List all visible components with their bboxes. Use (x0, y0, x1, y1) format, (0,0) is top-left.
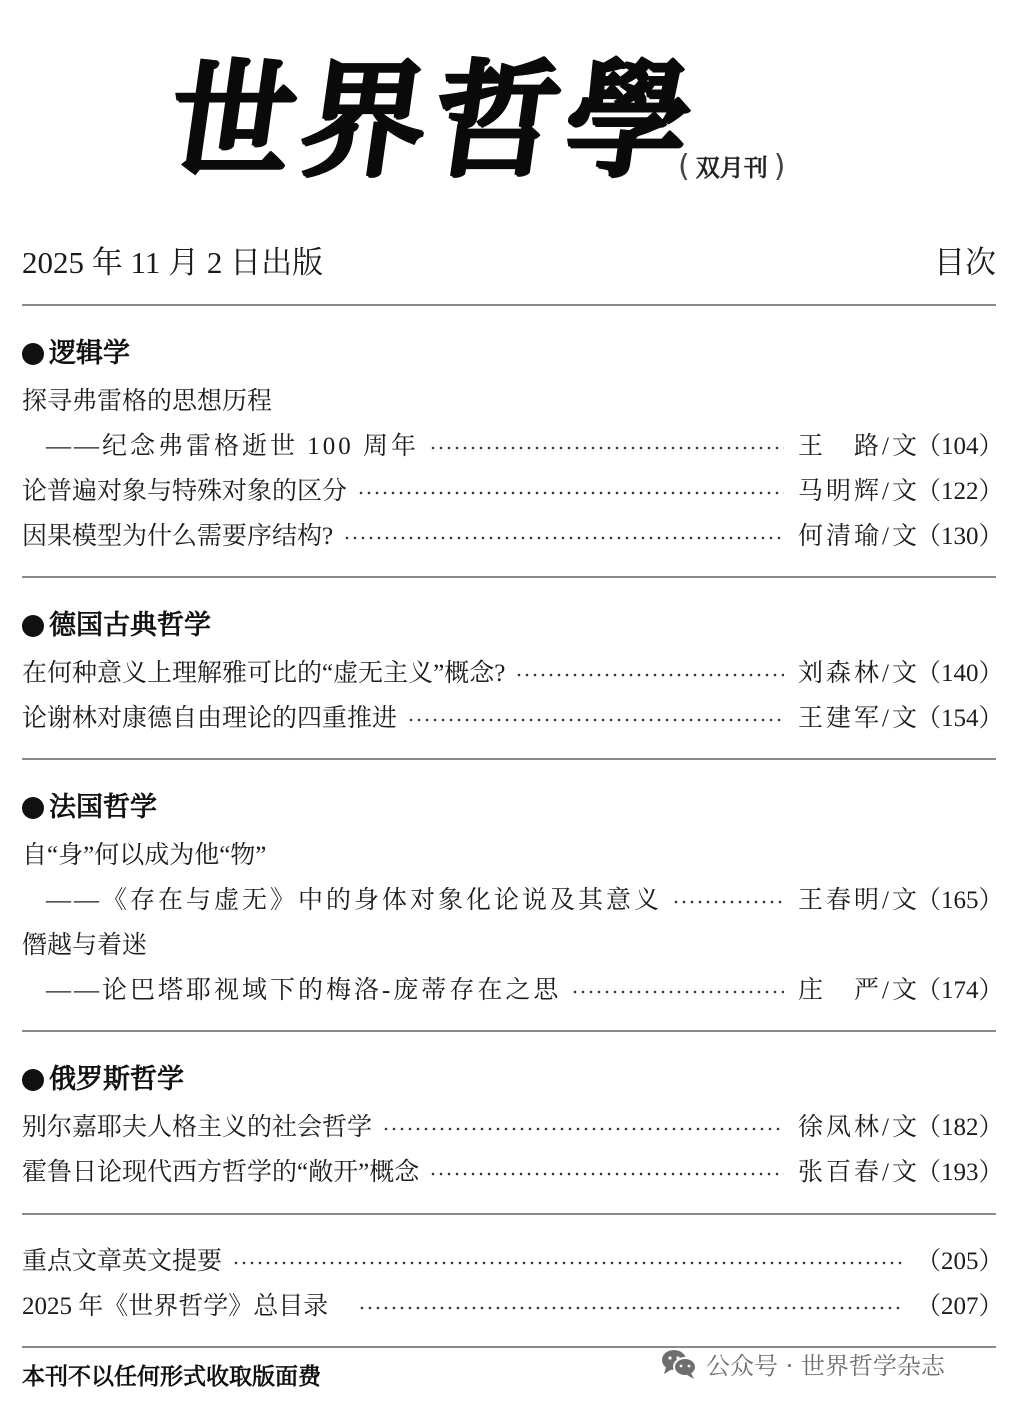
no-fee-notice: 本刊不以任何形式收取版面费 (22, 1358, 321, 1391)
masthead: 世界哲學 (双月刊) (160, 40, 880, 210)
entry-author: 王春明/文 (798, 880, 916, 916)
section-heading: 逻辑学 (22, 332, 996, 376)
entry-title: 别尔嘉耶夫人格主义的社会哲学 (22, 1107, 372, 1143)
dot-leader (232, 1261, 902, 1265)
watermark-text: 公众号 · 世界哲学杂志 (706, 1346, 945, 1381)
section-heading: 德国古典哲学 (22, 604, 996, 648)
contents-label: 目次 (934, 237, 996, 282)
entry-title: 2025 年《世界哲学》总目录 (22, 1286, 328, 1322)
entry-page: （104） (916, 426, 996, 462)
entry-author: 王建军/文 (798, 698, 916, 734)
entry-subtitle: ——《存在与虚无》中的身体对象化论说及其意义 (22, 880, 662, 916)
entry-page: （174） (916, 970, 996, 1006)
entry-page: （122） (916, 471, 996, 507)
entry-page: （154） (916, 698, 996, 734)
dot-leader (571, 990, 784, 994)
section-russian: 俄罗斯哲学 别尔嘉耶夫人格主义的社会哲学 徐凤林/文 （182） 霍鲁日论现代西… (22, 1058, 996, 1192)
section-heading: 法国哲学 (22, 786, 996, 830)
toc-entry[interactable]: 论普遍对象与特殊对象的区分 马明辉/文 （122） (22, 466, 996, 511)
entry-title: 探寻弗雷格的思想历程 (22, 381, 272, 417)
divider (22, 1030, 996, 1032)
section-heading-label: 俄罗斯哲学 (49, 1058, 184, 1102)
entry-title: 僭越与着迷 (22, 925, 147, 961)
paren-open: ( (672, 149, 696, 184)
toc-entry[interactable]: 因果模型为什么需要序结构? 何清瑜/文 （130） (22, 511, 996, 556)
entry-page: （207） (916, 1286, 996, 1322)
toc-entry[interactable]: 重点文章英文提要 （205） (22, 1236, 996, 1281)
bullet-icon (22, 1069, 44, 1091)
entry-page: （205） (916, 1241, 996, 1277)
paren-close: ) (768, 149, 792, 184)
divider (22, 576, 996, 578)
divider (22, 304, 996, 306)
entry-title: 在何种意义上理解雅可比的“虚无主义”概念? (22, 653, 505, 689)
entry-title: 因果模型为什么需要序结构? (22, 516, 333, 552)
entry-author: 王 路/文 (798, 426, 916, 462)
dot-leader (357, 491, 784, 495)
wechat-icon (660, 1348, 698, 1380)
entry-title: 论谢林对康德自由理论的四重推进 (22, 698, 397, 734)
entry-title: 自“身”何以成为他“物” (22, 835, 266, 871)
publication-row: 2025 年 11 月 2 日出版 目次 (22, 234, 996, 284)
entry-author: 马明辉/文 (798, 471, 916, 507)
dot-leader (382, 1127, 784, 1131)
section-german-classical: 德国古典哲学 在何种意义上理解雅可比的“虚无主义”概念? 刘森林/文 （140）… (22, 604, 996, 738)
bullet-icon (22, 615, 44, 637)
toc-entry-title[interactable]: 自“身”何以成为他“物” (22, 830, 996, 875)
publication-date: 2025 年 11 月 2 日出版 (22, 237, 323, 282)
entry-title: 论普遍对象与特殊对象的区分 (22, 471, 347, 507)
entry-author: 庄 严/文 (798, 970, 916, 1006)
toc-entry-title[interactable]: 僭越与着迷 (22, 920, 996, 965)
section-logic: 逻辑学 探寻弗雷格的思想历程 ——纪念弗雷格逝世 100 周年 王 路/文 （1… (22, 332, 996, 556)
section-appendix: 重点文章英文提要 （205） 2025 年《世界哲学》总目录 （207） (22, 1236, 996, 1326)
dot-leader (429, 1172, 784, 1176)
toc-entry[interactable]: 论谢林对康德自由理论的四重推进 王建军/文 （154） (22, 693, 996, 738)
entry-subtitle: ——论巴塔耶视域下的梅洛-庞蒂存在之思 (22, 970, 561, 1006)
toc-entry[interactable]: 霍鲁日论现代西方哲学的“敞开”概念 张百春/文 （193） (22, 1147, 996, 1192)
toc-entry[interactable]: ——论巴塔耶视域下的梅洛-庞蒂存在之思 庄 严/文 （174） (22, 965, 996, 1010)
section-heading-label: 法国哲学 (49, 786, 157, 830)
divider (22, 1213, 996, 1215)
entry-page: （130） (916, 516, 996, 552)
bullet-icon (22, 797, 44, 819)
toc-entry[interactable]: 在何种意义上理解雅可比的“虚无主义”概念? 刘森林/文 （140） (22, 648, 996, 693)
entry-author: 何清瑜/文 (798, 516, 916, 552)
toc-entry[interactable]: 2025 年《世界哲学》总目录 （207） (22, 1281, 996, 1326)
entry-author: 徐凤林/文 (798, 1107, 916, 1143)
dot-leader (515, 673, 784, 677)
entry-title: 重点文章英文提要 (22, 1241, 222, 1277)
wechat-watermark: 公众号 · 世界哲学杂志 (660, 1346, 945, 1381)
bullet-icon (22, 343, 44, 365)
divider (22, 758, 996, 760)
toc-entry[interactable]: ——纪念弗雷格逝世 100 周年 王 路/文 （104） (22, 421, 996, 466)
section-heading-label: 德国古典哲学 (49, 604, 211, 648)
entry-page: （193） (916, 1152, 996, 1188)
section-french: 法国哲学 自“身”何以成为他“物” ——《存在与虚无》中的身体对象化论说及其意义… (22, 786, 996, 1010)
entry-title: 霍鲁日论现代西方哲学的“敞开”概念 (22, 1152, 419, 1188)
section-heading: 俄罗斯哲学 (22, 1058, 996, 1102)
toc-entry[interactable]: 别尔嘉耶夫人格主义的社会哲学 徐凤林/文 （182） (22, 1102, 996, 1147)
frequency-label: 双月刊 (696, 154, 768, 182)
dot-leader (358, 1306, 902, 1310)
toc-entry[interactable]: ——《存在与虚无》中的身体对象化论说及其意义 王春明/文 （165） (22, 875, 996, 920)
journal-frequency: (双月刊) (672, 148, 791, 184)
dot-leader (343, 536, 784, 540)
section-heading-label: 逻辑学 (49, 332, 130, 376)
entry-page: （182） (916, 1107, 996, 1143)
entry-author: 张百春/文 (798, 1152, 916, 1188)
entry-author: 刘森林/文 (798, 653, 916, 689)
dot-leader (407, 718, 784, 722)
dot-leader (672, 900, 784, 904)
entry-page: （140） (916, 653, 996, 689)
entry-page: （165） (916, 880, 996, 916)
entry-subtitle: ——纪念弗雷格逝世 100 周年 (22, 426, 419, 462)
toc-entry-title[interactable]: 探寻弗雷格的思想历程 (22, 376, 996, 421)
journal-title-calligraphy: 世界哲學 (159, 45, 709, 198)
dot-leader (429, 446, 784, 450)
